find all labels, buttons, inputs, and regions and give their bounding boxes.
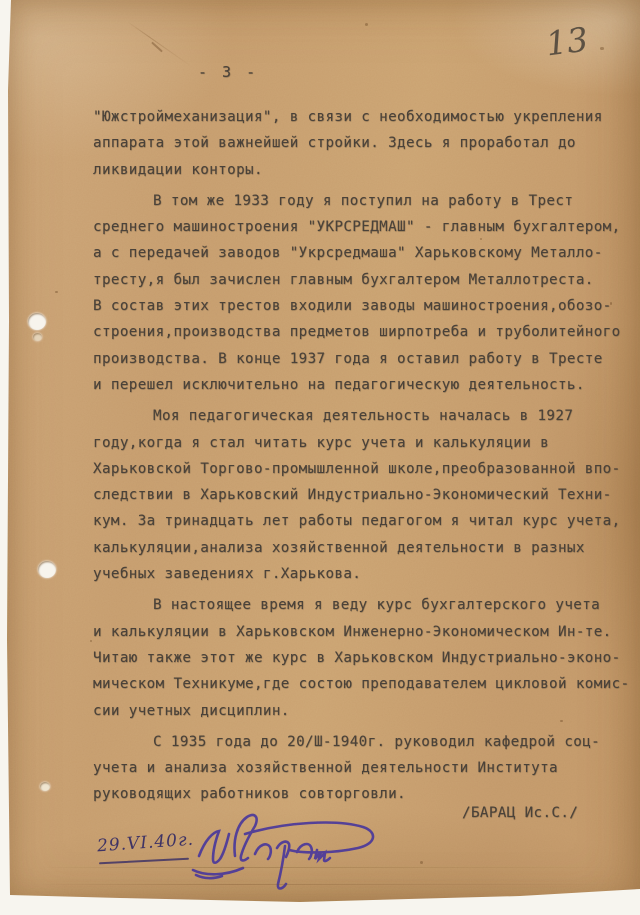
handwritten-date-underline [99, 858, 189, 865]
text-line: С 1935 года до 20/Ш-1940г. руководил каф… [93, 729, 639, 755]
punch-hole [38, 561, 56, 578]
text-line: калькуляции,анализа хозяйственной деятел… [93, 535, 639, 561]
paper-blemish [420, 861, 423, 864]
text-line: учебных заведениях г.Харькова. [93, 561, 639, 587]
paper-blemish [610, 302, 612, 305]
text-line: "Южстроймеханизация", в связи с необходи… [93, 104, 639, 130]
paper-blemish [480, 238, 482, 240]
paper-crease [127, 21, 193, 68]
paper-blemish [365, 23, 368, 26]
text-line: Харьковской Торгово-промышленной школе,п… [93, 456, 639, 482]
text-line: ликвидации конторы. [93, 157, 639, 183]
text-line: а с передачей заводов "Укрсредмаша" Харь… [93, 240, 639, 266]
text-line: производства. В конце 1937 года я остави… [93, 346, 639, 372]
text-line: сии учетных дисциплин. [93, 698, 639, 724]
punch-hole-small [33, 333, 42, 341]
text-line: следствии в Харьковский Индустриально-Эк… [93, 482, 639, 508]
typewritten-text-body: "Южстроймеханизация", в связи с необходи… [93, 104, 639, 808]
signature-autograph [185, 804, 395, 894]
text-line: году,когда я стал читать курс учета и ка… [93, 430, 639, 456]
page-number: - 3 - [198, 63, 258, 81]
text-line: и калькуляции в Харьковском Инженерно-Эк… [93, 619, 639, 645]
handwritten-date: 29.VI.40г. [96, 830, 194, 857]
text-line: тресту,я был зачислен главным бухгалтеро… [93, 267, 639, 293]
paper-sheet: 13 - 3 - "Южстроймеханизация", в связи с… [0, 0, 640, 915]
text-line: В том же 1933 году я поступил на работу … [93, 188, 639, 214]
text-line: В состав этих трестов входили заводы маш… [93, 293, 639, 319]
scanned-document-page: 13 - 3 - "Южстроймеханизация", в связи с… [0, 0, 640, 915]
text-line: строения,производства предметов ширпотре… [93, 319, 639, 345]
punch-hole-small [40, 782, 50, 791]
paper-blemish [200, 770, 203, 772]
text-line: мическом Техникуме,где состою преподават… [93, 671, 639, 697]
paper-blemish [90, 640, 92, 642]
paper-blemish [600, 47, 604, 50]
paper-crease [40, 884, 620, 885]
text-line: учета и анализа хозяйственной деятельнос… [93, 755, 639, 781]
text-line: и перешел исключительно на педагогическу… [93, 372, 639, 398]
text-line: Моя педагогическая деятельность началась… [93, 403, 639, 429]
paper-blemish [55, 291, 58, 293]
punch-hole [28, 313, 46, 330]
text-line: Читаю также этот же курс в Харьковском И… [93, 645, 639, 671]
text-line: среднего машиностроения "УКРСРЕДМАШ" - г… [93, 214, 639, 240]
paper-crease [40, 867, 620, 868]
typed-author-name: /БАРАЦ Ис.С./ [462, 805, 578, 821]
text-line: кум. За тринадцать лет работы педагогом … [93, 508, 639, 534]
handwritten-archive-number: 13 [544, 20, 590, 64]
text-line: аппарата этой важнейшей стройки. Здесь я… [93, 130, 639, 156]
text-line: В настоящее время я веду курс бухгалтерс… [93, 592, 639, 618]
paper-blemish [560, 720, 563, 722]
